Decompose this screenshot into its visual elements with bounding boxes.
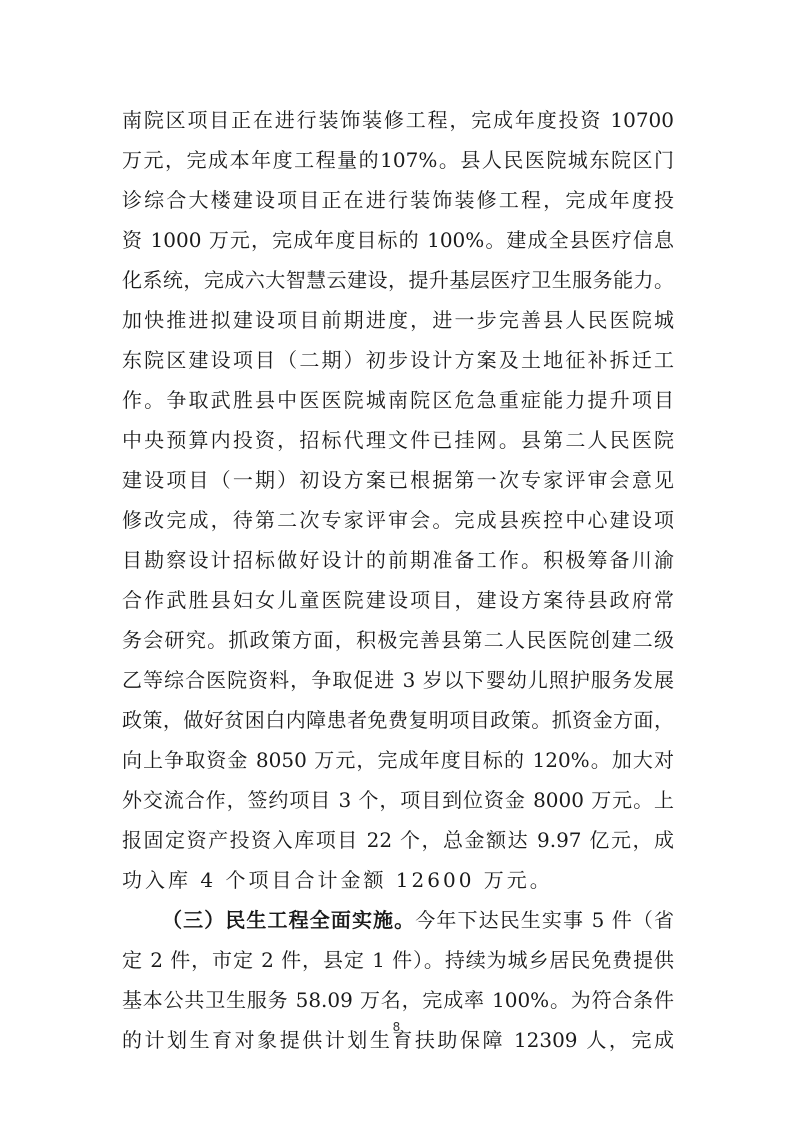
text-line: 政策，做好贫困白内障患者免费复明项目政策。抓资金方面， [122, 700, 674, 740]
text-line: 目勘察设计招标做好设计的前期准备工作。积极筹备川渝 [122, 540, 674, 580]
section-heading: （三）民生工程全面实施。 [162, 908, 415, 932]
section-heading-continuation: 今年下达民生实事 5 件（省 [415, 908, 674, 932]
text-line: 中央预算内投资，招标代理文件已挂网。县第二人民医院 [122, 420, 674, 460]
text-line: 化系统，完成六大智慧云建设，提升基层医疗卫生服务能力。 [122, 260, 674, 300]
text-line: 东院区建设项目（二期）初步设计方案及土地征补拆迁工 [122, 340, 674, 380]
text-line: 务会研究。抓政策方面，积极完善县第二人民医院创建二级 [122, 620, 674, 660]
text-line: 南院区项目正在进行装饰装修工程，完成年度投资 10700 [122, 100, 674, 140]
text-line: 外交流合作，签约项目 3 个，项目到位资金 8000 万元。上 [122, 780, 674, 820]
body-text: 南院区项目正在进行装饰装修工程，完成年度投资 10700 万元，完成本年度工程量… [122, 100, 674, 1060]
text-line: 报固定资产投资入库项目 22 个，总金额达 9.97 亿元，成 [122, 820, 674, 860]
page-number: 8 [0, 1020, 793, 1034]
text-line: 作。争取武胜县中医医院城南院区危急重症能力提升项目 [122, 380, 674, 420]
text-line: 修改完成，待第二次专家评审会。完成县疾控中心建设项 [122, 500, 674, 540]
section-heading-line: （三）民生工程全面实施。今年下达民生实事 5 件（省 [122, 900, 674, 940]
text-line: 合作武胜县妇女儿童医院建设项目，建设方案待县政府常 [122, 580, 674, 620]
text-line: 功入库 4 个项目合计金额 12600 万元。 [122, 860, 674, 900]
text-line: 定 2 件，市定 2 件，县定 1 件）。持续为城乡居民免费提供 [122, 940, 674, 980]
text-line: 资 1000 万元，完成年度目标的 100%。建成全县医疗信息 [122, 220, 674, 260]
text-line: 基本公共卫生服务 58.09 万名，完成率 100%。为符合条件 [122, 980, 674, 1020]
document-page: 南院区项目正在进行装饰装修工程，完成年度投资 10700 万元，完成本年度工程量… [0, 0, 793, 1122]
text-line: 乙等综合医院资料，争取促进 3 岁以下婴幼儿照护服务发展 [122, 660, 674, 700]
text-line: 向上争取资金 8050 万元，完成年度目标的 120%。加大对 [122, 740, 674, 780]
text-line: 建设项目（一期）初设方案已根据第一次专家评审会意见 [122, 460, 674, 500]
text-line: 加快推进拟建设项目前期进度，进一步完善县人民医院城 [122, 300, 674, 340]
text-line: 万元，完成本年度工程量的107%。县人民医院城东院区门 [122, 140, 674, 180]
text-line: 诊综合大楼建设项目正在进行装饰装修工程，完成年度投 [122, 180, 674, 220]
